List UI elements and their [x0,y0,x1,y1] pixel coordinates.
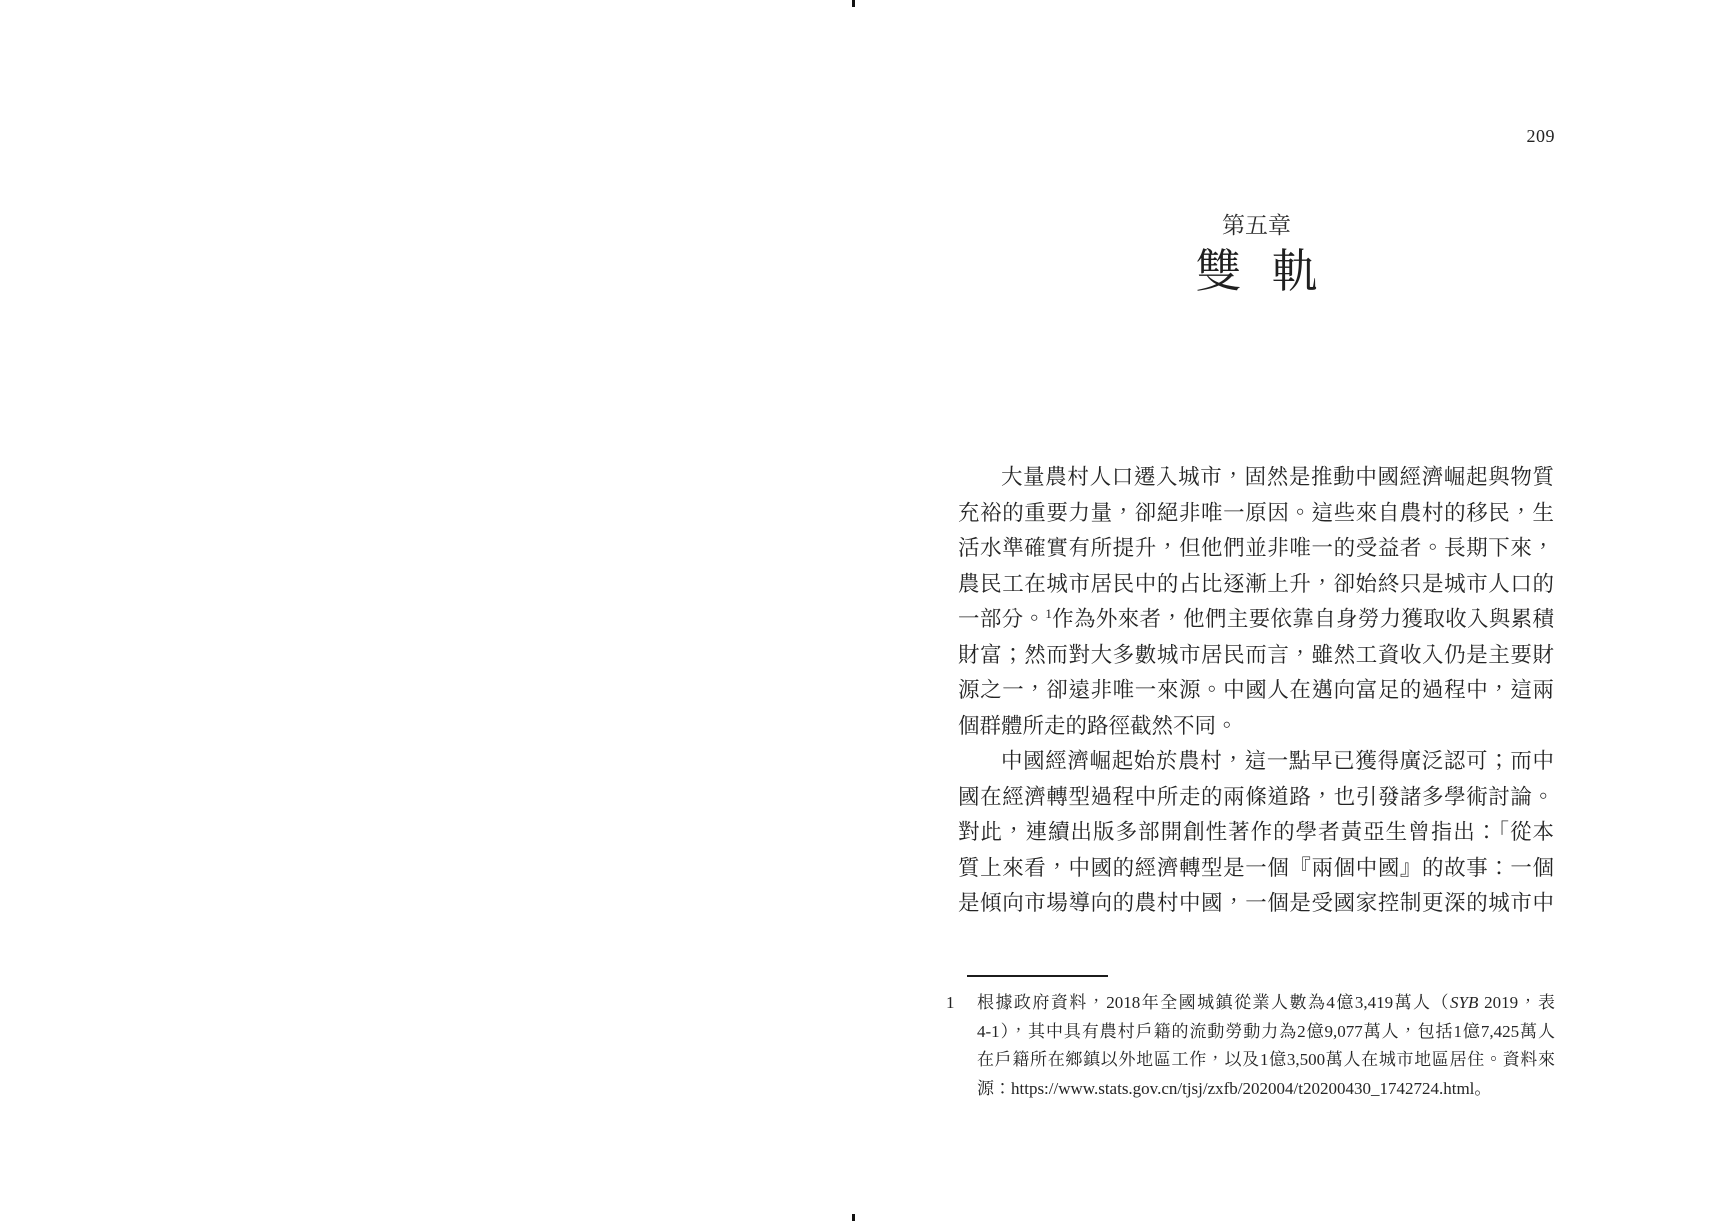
body-line: 國在經濟轉型過程中所走的兩條道路，也引發諸多學術討論。 [958,780,1554,816]
chapter-title-char: 雙 [1196,246,1242,298]
chapter-title-char: 軌 [1272,246,1318,298]
body-line: 是傾向市場導向的農村中國，一個是受國家控制更深的城市中 [958,886,1554,922]
page-number: 209 [958,126,1555,146]
body-line: 大量農村人口遷入城市，固然是推動中國經濟崛起與物質 [958,460,1554,496]
body-line: 農民工在城市居民中的占比逐漸上升，卻始終只是城市人口的 [958,567,1554,603]
body-line: 對此，連續出版多部開創性著作的學者黃亞生曾指出：「從本 [958,815,1554,851]
book-spread: 209 第五章 雙 軌 大量農村人口遷入城市，固然是推動中國經濟崛起與物質 充裕… [0,0,1710,1221]
body-line-segment: 一部分。 [958,607,1045,631]
chapter-title: 雙 軌 [958,246,1555,298]
body-line: 質上來看，中國的經濟轉型是一個『兩個中國』的故事：一個 [958,851,1554,887]
body-text: 大量農村人口遷入城市，固然是推動中國經濟崛起與物質 充裕的重要力量，卻絕非唯一原… [958,460,1554,922]
body-line: 個群體所走的路徑截然不同。 [958,709,1554,745]
footnote-separator [967,975,1108,977]
body-line: 活水準確實有所提升，但他們並非唯一的受益者。長期下來， [958,531,1554,567]
footnote-segment: 根據政府資料，2018年全國城鎮從業人數為4億3,419萬人（ [977,993,1450,1012]
body-line: 源之一，卻遠非唯一來源。中國人在邁向富足的過程中，這兩 [958,673,1554,709]
spine-mark-bottom-icon [852,1214,855,1221]
footnote-line: 在戶籍所在鄉鎮以外地區工作，以及1億3,500萬人在城市地區居住。資料來 [977,1046,1555,1075]
body-line-segment: 作為外來者，他們主要依靠自身勞力獲取收入與累積 [1052,607,1554,631]
book-abbreviation: SYB [1450,993,1478,1012]
footnote: 1 根據政府資料，2018年全國城鎮從業人數為4億3,419萬人（SYB 201… [946,989,1555,1103]
footnote-segment: 2019，表 [1478,993,1555,1012]
body-line: 一部分。1作為外來者，他們主要依靠自身勞力獲取收入與累積 [958,602,1554,638]
chapter-label: 第五章 [958,211,1555,239]
body-line: 財富；然而對大多數城市居民而言，雖然工資收入仍是主要財 [958,638,1554,674]
footnote-line: 根據政府資料，2018年全國城鎮從業人數為4億3,419萬人（SYB 2019，… [977,989,1555,1018]
footnote-line: 4-1），其中具有農村戶籍的流動勞動力為2億9,077萬人，包括1億7,425萬… [977,1018,1555,1047]
footnote-body: 根據政府資料，2018年全國城鎮從業人數為4億3,419萬人（SYB 2019，… [977,989,1555,1103]
spine-mark-top-icon [852,0,855,7]
footnote-marker: 1 [946,989,977,1103]
body-line: 中國經濟崛起始於農村，這一點早已獲得廣泛認可；而中 [958,744,1554,780]
body-line: 充裕的重要力量，卻絕非唯一原因。這些來自農村的移民，生 [958,496,1554,532]
footnote-line-url: 源：https://www.stats.gov.cn/tjsj/zxfb/202… [977,1075,1555,1104]
